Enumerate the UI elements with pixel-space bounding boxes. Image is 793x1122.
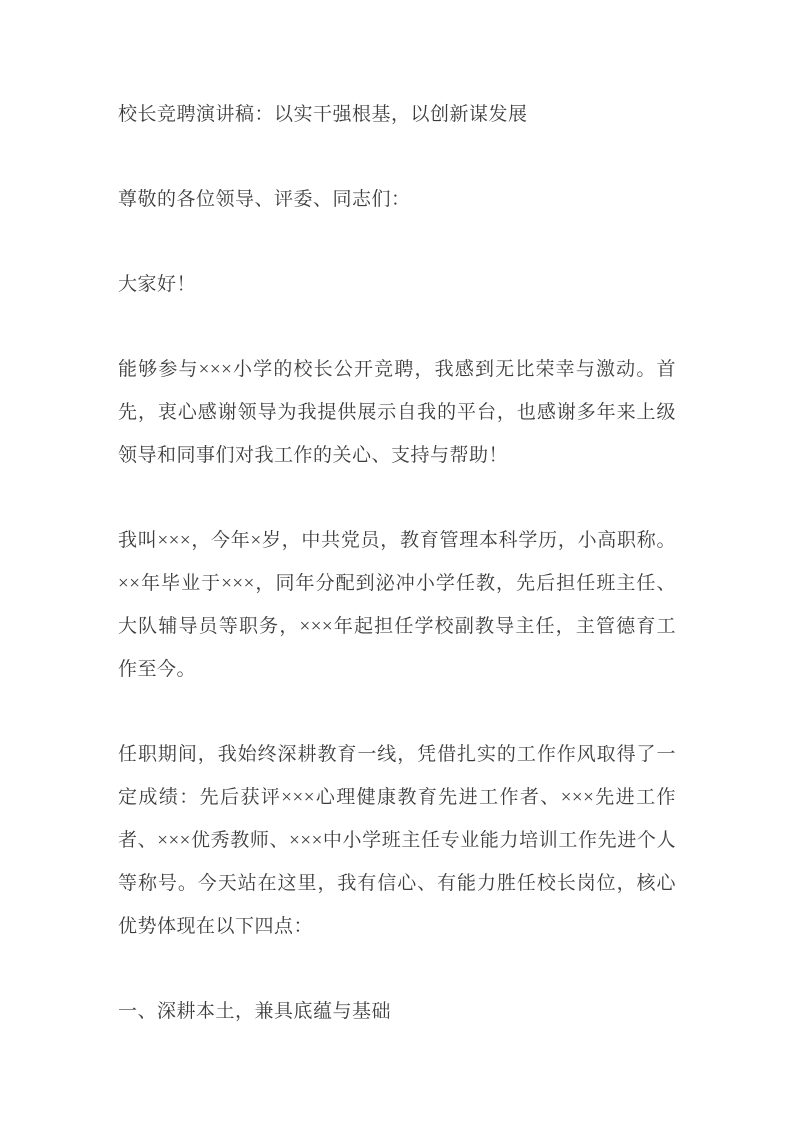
paragraph-intro-thanks: 能够参与×××小学的校长公开竞聘，我感到无比荣幸与激动。首先，衷心感谢领导为我提…: [118, 348, 676, 477]
document-page: 校长竞聘演讲稿：以实干强根基，以创新谋发展 尊敬的各位领导、评委、同志们： 大家…: [0, 0, 793, 1122]
section-heading-one: 一、深耕本土，兼具底蕴与基础: [118, 990, 676, 1033]
paragraph-self-introduction: 我叫×××，今年×岁，中共党员，教育管理本科学历，小高职称。××年毕业于×××，…: [118, 519, 676, 691]
greeting-line: 大家好！: [118, 263, 676, 306]
paragraph-achievements: 任职期间，我始终深耕教育一线，凭借扎实的工作作风取得了一定成绩：先后获评×××心…: [118, 733, 676, 948]
salutation-line: 尊敬的各位领导、评委、同志们：: [118, 178, 676, 221]
document-title: 校长竞聘演讲稿：以实干强根基，以创新谋发展: [118, 93, 676, 136]
